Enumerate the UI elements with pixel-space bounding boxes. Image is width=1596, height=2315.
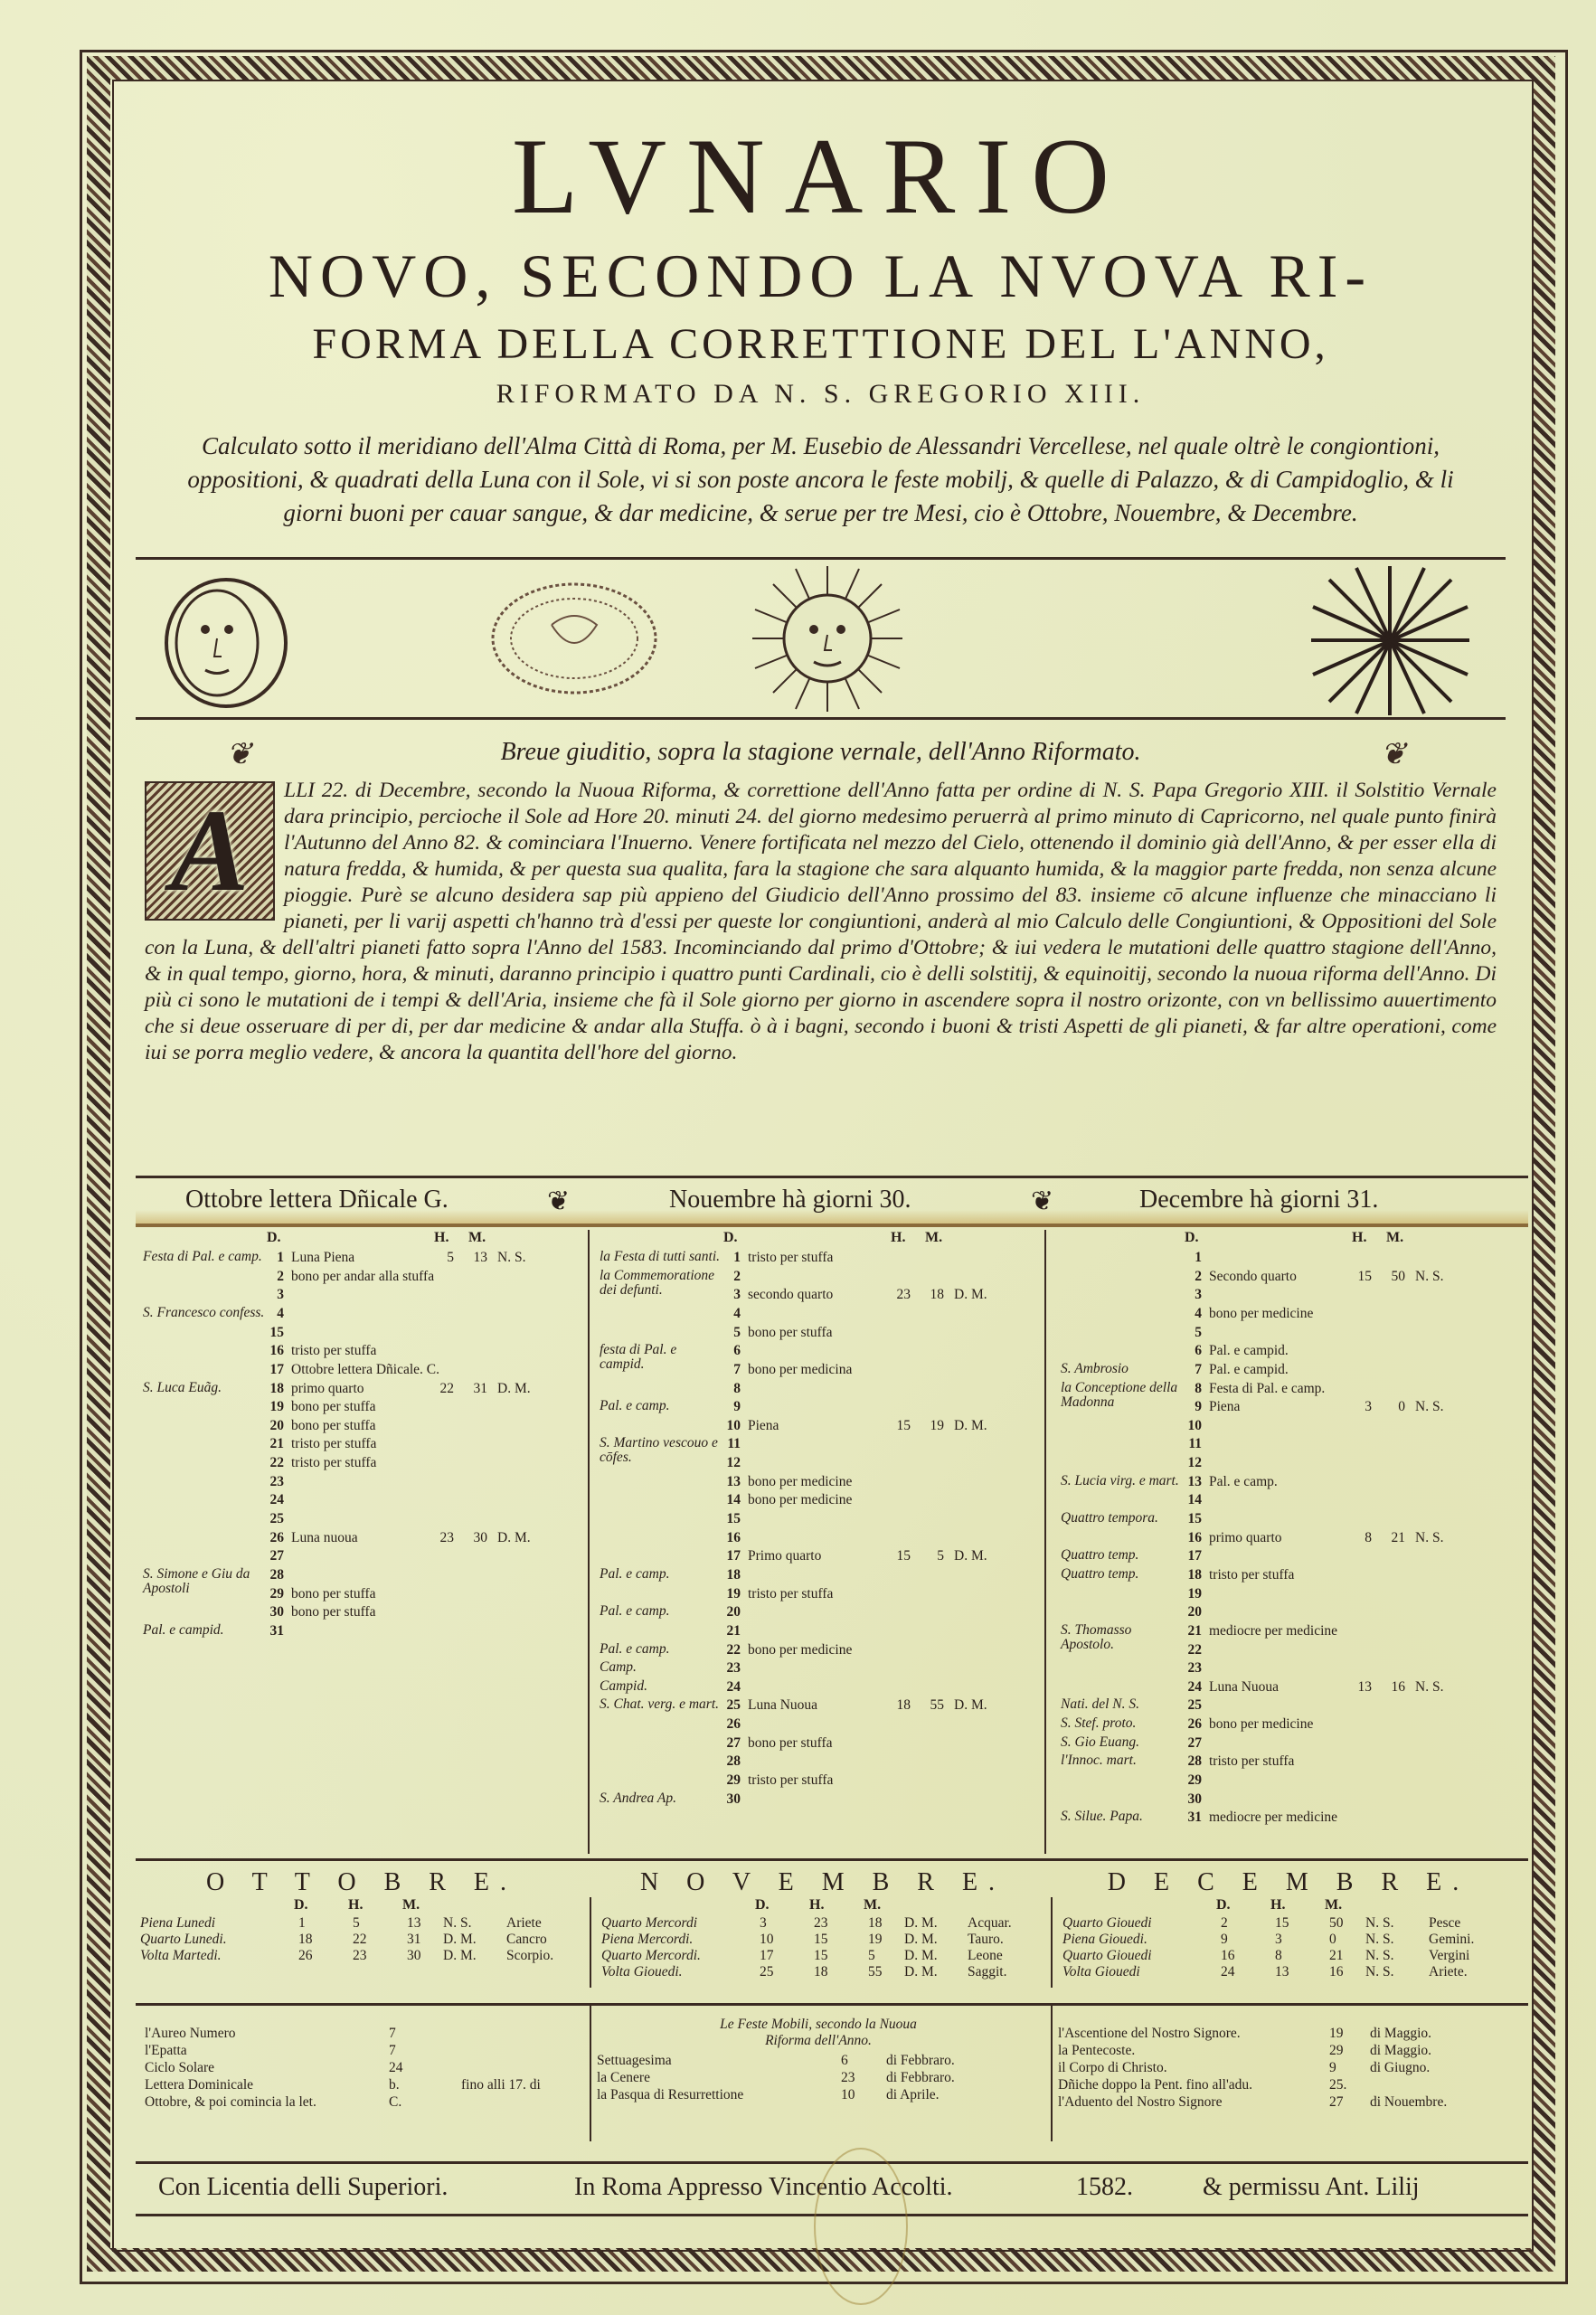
saint-day: S. Silue. Papa. [1061,1809,1183,1824]
saint-day: S. Thomasso Apostolo. [1061,1623,1183,1652]
hour-value: 13 [1275,1964,1289,1980]
feast-label: il Corpo di Christo. [1058,2060,1167,2076]
phase-label: Piena Mercordi. [601,1932,693,1948]
saint-day: S. Francesco confess. [143,1306,265,1320]
d-label: D. [755,1897,770,1913]
year-info-row: Ottobre, & poi comincia la let.C. [145,2094,579,2112]
day-number: 12 [1180,1455,1202,1471]
feasts-heading-1: Le Feste Mobili, secondo la Nuoua [597,2017,1040,2033]
saint-day: la Commemoratione dei defunti. [600,1269,722,1298]
info-value: 24 [389,2060,403,2076]
month-header-october: Ottobre lettera Dñicale G. [185,1186,449,1214]
day-number: 3 [1180,1287,1202,1303]
day-number: 29 [262,1586,284,1602]
day-number: 3 [719,1287,741,1303]
day-label: D. [267,1230,281,1246]
day-number: 20 [719,1604,741,1620]
day-number: 1 [719,1250,741,1266]
day-number: 27 [262,1548,284,1564]
day-note: tristo per stuffa [1209,1567,1294,1583]
day-number: 18 [719,1567,741,1583]
feast-row: la Pentecoste.29di Maggio. [1058,2043,1519,2060]
year-info-row: Lettera Dominicaleb.fino alli 17. di [145,2077,579,2094]
day-number: 31 [262,1623,284,1639]
feast-day: 29 [1329,2043,1344,2059]
minute-value: 18 [922,1287,944,1303]
day-number: 29 [1180,1772,1202,1789]
info-value: b. [389,2077,400,2093]
feast-label: Settuagesima [597,2053,672,2069]
day-number: 30 [262,1604,284,1620]
day-number: 27 [719,1735,741,1752]
day-number: 26 [1180,1716,1202,1733]
day-note: tristo per stuffa [291,1455,376,1471]
info-label: Ciclo Solare [145,2060,214,2076]
day-number: 21 [719,1623,741,1639]
day-number: 7 [1180,1362,1202,1378]
day-note: bono per medicine [1209,1306,1313,1322]
seal-stamp-icon [488,580,660,701]
day-value: 10 [760,1932,774,1948]
feast-day: 25. [1329,2077,1346,2093]
day-label: D. [1185,1230,1199,1246]
info-label: Lettera Dominicale [145,2077,253,2093]
license-text: Con Licentia delli Superiori. [158,2173,448,2202]
day-number: 1 [262,1250,284,1266]
intro-paragraph: Calculato sotto il meridiano dell'Alma C… [172,430,1469,530]
day-number: 18 [1180,1567,1202,1583]
minute-value: 13 [407,1915,421,1932]
summary-row: Quarto Lunedi.182231D. M.Cancro [136,1932,588,1948]
saint-day: Nati. del N. S. [1061,1697,1183,1712]
decorated-initial: A [145,781,275,921]
day-number: 10 [1180,1418,1202,1434]
saint-day: Pal. e camp. [600,1642,722,1657]
november-column: D.H.M.la Festa di tutti santi.1tristo pe… [592,1230,1046,1854]
judgement-heading: Breue giuditio, sopra la stagione vernal… [501,738,1141,766]
saint-day: la Conceptione della Madonna [1061,1381,1183,1410]
day-number: 2 [262,1269,284,1285]
zodiac-sign: Leone [968,1948,1003,1964]
minute-value: 18 [868,1915,883,1932]
feast-month: di Febbraro. [886,2053,955,2069]
day-note: bono per medicina [748,1362,852,1378]
day-number: 9 [1180,1399,1202,1415]
time-of-day: D. M. [904,1915,938,1932]
feast-label: l'Ascentione del Nostro Signore. [1058,2026,1241,2042]
minute-value: 30 [407,1948,421,1964]
day-number: 29 [719,1772,741,1789]
hour-value: 18 [814,1964,828,1980]
day-note: mediocre per medicine [1209,1623,1337,1639]
summary-row: Piena Mercordi.101519D. M.Tauro. [597,1932,1049,1948]
phase-label: Quarto Lunedi. [140,1932,227,1948]
day-value: 9 [1221,1932,1228,1948]
feast-day: 6 [841,2053,848,2069]
day-number: 4 [1180,1306,1202,1322]
minute-value: 31 [466,1381,487,1397]
time-of-day: D. M. [904,1964,938,1980]
hour-value: 15 [889,1418,911,1434]
saint-day: S. Gio Euang. [1061,1735,1183,1750]
day-number: 30 [719,1791,741,1808]
hour-label: H. [1352,1230,1366,1246]
day-number: 11 [1180,1436,1202,1452]
day-number: 19 [1180,1586,1202,1602]
rule [136,717,1506,720]
saint-day: S. Chat. verg. e mart. [600,1697,722,1712]
day-number: 6 [719,1343,741,1359]
minute-value: 13 [466,1250,487,1266]
judgement-paragraph: A LLI 22. di Decembre, secondo la Nuoua … [145,778,1497,1066]
minute-value: 30 [466,1530,487,1546]
day-number: 30 [1180,1791,1202,1808]
hour-label: H. [434,1230,449,1246]
zodiac-sign: Ariete [506,1915,542,1932]
lunation-summaries: O T T O B R E.D.H.M.Piena Lunedi1513N. S… [136,1858,1528,1997]
day-note: Luna nuoua [291,1530,358,1546]
minute-value: 50 [1329,1915,1344,1932]
hour-value: 8 [1350,1530,1372,1546]
hour-value: 22 [353,1932,367,1948]
day-number: 19 [262,1399,284,1415]
day-note: tristo per stuffa [748,1250,833,1266]
time-of-day: N. S. [443,1915,471,1932]
zodiac-sign: Tauro. [968,1932,1004,1948]
day-number: 17 [1180,1548,1202,1564]
time-of-day: N. S. [1365,1948,1393,1964]
permission-text: & permissu Ant. Lilij [1203,2173,1420,2202]
saint-day: Quattro temp. [1061,1567,1183,1582]
minute-value: 55 [922,1697,944,1714]
day-value: 25 [760,1964,774,1980]
summary-row: Quarto Mercordi32318D. M.Acquar. [597,1915,1049,1932]
day-number: 8 [1180,1381,1202,1397]
minute-value: 21 [1384,1530,1405,1546]
feast-label: la Pasqua di Resurrettione [597,2087,743,2103]
time-of-day: N. S. [1415,1269,1443,1285]
saint-day: Quattro tempora. [1061,1511,1183,1526]
time-of-day: N. S. [1365,1932,1393,1948]
day-number: 24 [1180,1679,1202,1696]
day-number: 23 [719,1660,741,1677]
day-note: Pal. e campid. [1209,1362,1289,1378]
day-value: 24 [1221,1964,1235,1980]
day-note: mediocre per medicine [1209,1809,1337,1826]
day-note: bono per stuffa [748,1325,833,1341]
day-value: 16 [1221,1948,1235,1964]
hour-value: 18 [889,1697,911,1714]
m-label: M. [402,1897,420,1913]
day-number: 6 [1180,1343,1202,1359]
day-number: 24 [719,1679,741,1696]
saint-day: Pal. e campid. [143,1623,265,1638]
hour-value: 8 [1275,1948,1282,1964]
time-of-day: D. M. [497,1530,531,1546]
saint-day: Festa di Pal. e camp. [143,1250,265,1264]
time-of-day: D. M. [904,1932,938,1948]
day-number: 23 [1180,1660,1202,1677]
day-note: secondo quarto [748,1287,833,1303]
day-number: 13 [719,1474,741,1490]
phase-label: Volta Giouedi [1062,1964,1140,1980]
day-value: 3 [760,1915,767,1932]
day-number: 4 [262,1306,284,1322]
saint-day: festa di Pal. e campid. [600,1343,722,1372]
hour-value: 23 [889,1287,911,1303]
day-value: 18 [298,1932,313,1948]
zodiac-sign: Vergini [1429,1948,1469,1964]
divider [590,2006,591,2141]
hour-value: 15 [1350,1269,1372,1285]
main-title: LVNARIO [118,122,1524,231]
sun-face-icon [751,564,904,717]
time-of-day: D. M. [954,1287,987,1303]
hour-value: 22 [432,1381,454,1397]
time-of-day: N. S. [1415,1530,1443,1546]
month-header-november: Nouembre hà giorni 30. [669,1186,911,1214]
day-note: Luna Nuoua [1209,1679,1279,1696]
star-icon [1311,566,1469,719]
hour-value: 15 [1275,1915,1289,1932]
saint-day: S. Andrea Ap. [600,1791,722,1806]
day-note: bono per stuffa [748,1735,833,1752]
time-of-day: D. M. [904,1948,938,1964]
day-number: 20 [262,1418,284,1434]
time-of-day: D. M. [954,1697,987,1714]
summary-col-labels: D.H.M. [136,1897,588,1915]
fleuron-icon: ❦ [547,1186,570,1217]
hour-value: 5 [353,1915,360,1932]
calendar-grid: D.H.M.Festa di Pal. e camp.1Luna Piena51… [136,1230,1528,1854]
feast-row: Dñiche doppo la Pent. fino all'adu.25. [1058,2077,1519,2094]
saint-day: S. Martino vescouo e cōfes. [600,1436,722,1465]
year-info-row: Ciclo Solare24 [145,2060,579,2077]
day-note: Ottobre lettera Dñicale. C. [291,1362,439,1378]
hour-value: 5 [432,1250,454,1266]
day-number: 25 [719,1697,741,1714]
time-of-day: D. M. [954,1418,987,1434]
feast-day: 23 [841,2070,855,2086]
day-number: 7 [719,1362,741,1378]
day-number: 26 [262,1530,284,1546]
minute-value: 5 [922,1548,944,1564]
zodiac-sign: Saggit. [968,1964,1007,1980]
feast-label: la Pentecoste. [1058,2043,1135,2059]
feast-row: la Cenere23di Febbraro. [597,2070,1040,2087]
year-info-row: l'Aureo Numero7 [145,2026,579,2043]
day-note: bono per andar alla stuffa [291,1269,434,1285]
saint-day: Quattro temp. [1061,1548,1183,1563]
day-number: 21 [262,1436,284,1452]
summary-row: Quarto Giouedi16821N. S.Vergini [1058,1948,1519,1964]
feasts-heading-2: Riforma dell'Anno. [597,2033,1040,2049]
feast-label: l'Aduento del Nostro Signore [1058,2094,1222,2111]
day-number: 12 [719,1455,741,1471]
fleuron-icon: ❦ [1381,736,1407,772]
year-text: 1582. [1076,2173,1133,2202]
minute-value: 50 [1384,1269,1405,1285]
feast-label: la Cenere [597,2070,650,2086]
day-note: Pal. e campid. [1209,1343,1289,1359]
feast-row: il Corpo di Christo.9di Giugno. [1058,2060,1519,2077]
zodiac-sign: Ariete. [1429,1964,1468,1980]
day-number: 14 [719,1492,741,1508]
day-number: 2 [1180,1269,1202,1285]
d-label: D. [294,1897,308,1913]
summary-november: N O V E M B R E.D.H.M.Quarto Mercordi323… [597,1868,1049,1980]
time-of-day: D. M. [443,1948,477,1964]
day-label: D. [723,1230,738,1246]
saint-day: Camp. [600,1660,722,1675]
moon-face-icon [158,575,294,714]
day-value: 26 [298,1948,313,1964]
info-value: 7 [389,2026,396,2042]
time-of-day: D. M. [443,1932,477,1948]
summary-row: Piena Lunedi1513N. S.Ariete [136,1915,588,1932]
minute-value: 31 [407,1932,421,1948]
info-value: C. [389,2094,401,2111]
day-number: 1 [1180,1250,1202,1266]
day-number: 13 [1180,1474,1202,1490]
feast-month: di Nouembre. [1370,2094,1447,2111]
day-note: Luna Nuoua [748,1697,817,1714]
h-label: H. [348,1897,363,1913]
day-value: 17 [760,1948,774,1964]
divider [590,1897,591,1988]
day-number: 5 [719,1325,741,1341]
feast-month: di Maggio. [1370,2026,1431,2042]
phase-label: Volta Martedi. [140,1948,222,1964]
saint-day: S. Luca Euãg. [143,1381,265,1395]
feast-row: la Pasqua di Resurrettione10di Aprile. [597,2087,1040,2104]
calendar-header: Ottobre lettera Dñicale G. ❦ Nouembre hà… [136,1176,1528,1227]
summary-october: O T T O B R E.D.H.M.Piena Lunedi1513N. S… [136,1868,588,1964]
time-of-day: N. S. [1415,1399,1443,1415]
saint-day: S. Simone e Giu da Apostoli [143,1567,265,1596]
divider [1051,1897,1053,1988]
zodiac-sign: Cancro [506,1932,547,1948]
phase-label: Piena Lunedi [140,1915,215,1932]
hour-value: 23 [432,1530,454,1546]
other-feasts: l'Ascentione del Nostro Signore.19di Mag… [1058,2026,1519,2112]
summary-row: Volta Giouedi241316N. S.Ariete. [1058,1964,1519,1980]
minute-value: 0 [1384,1399,1405,1415]
day-number: 17 [262,1362,284,1378]
summary-title: N O V E M B R E. [597,1868,1049,1897]
minute-value: 16 [1384,1679,1405,1696]
d-label: D. [1216,1897,1231,1913]
summary-col-labels: D.H.M. [1058,1897,1519,1915]
saint-day: Campid. [600,1679,722,1694]
day-number: 25 [262,1511,284,1527]
year-info-section: l'Aureo Numero7l'Epatta7Ciclo Solare24Le… [136,2003,1528,2141]
minute-value: 0 [1329,1932,1336,1948]
summary-row: Piena Giouedi.930N. S.Gemini. [1058,1932,1519,1948]
day-note: bono per stuffa [291,1586,376,1602]
day-note: bono per stuffa [291,1399,376,1415]
saint-day: S. Ambrosio [1061,1362,1183,1376]
day-note: bono per stuffa [291,1604,376,1620]
time-of-day: N. S. [1365,1915,1393,1932]
minute-value: 16 [1329,1964,1344,1980]
emblem-band [118,557,1524,720]
time-of-day: N. S. [1365,1964,1393,1980]
summary-december: D E C E M B R E.D.H.M.Quarto Giouedi2155… [1058,1868,1519,1980]
day-number: 10 [719,1418,741,1434]
day-note: bono per medicine [1209,1716,1313,1733]
fleuron-icon: ❦ [226,736,252,772]
day-note: Piena [1209,1399,1240,1415]
day-number: 28 [719,1753,741,1770]
day-number: 22 [719,1642,741,1658]
time-of-day: N. S. [1415,1679,1443,1696]
phase-label: Quarto Mercordi. [601,1948,701,1964]
day-number: 14 [1180,1492,1202,1508]
day-number: 15 [1180,1511,1202,1527]
day-note: tristo per stuffa [1209,1753,1294,1770]
minute-label: M. [1386,1230,1403,1246]
day-note: Secondo quarto [1209,1269,1297,1285]
day-note: tristo per stuffa [748,1772,833,1789]
summary-row: Quarto Mercordi.17155D. M.Leone [597,1948,1049,1964]
saint-day: Pal. e camp. [600,1399,722,1413]
m-label: M. [864,1897,881,1913]
feast-month: di Maggio. [1370,2043,1431,2059]
hour-value: 3 [1275,1932,1282,1948]
title-block: LVNARIO NOVO, SECONDO LA NVOVA RI- FORMA… [118,86,1524,1066]
info-value: 7 [389,2043,396,2059]
hour-value: 23 [353,1948,367,1964]
summary-col-labels: D.H.M. [597,1897,1049,1915]
day-number: 22 [262,1455,284,1471]
day-note: primo quarto [291,1381,364,1397]
feast-day: 10 [841,2087,855,2103]
day-number: 22 [1180,1642,1202,1658]
day-number: 4 [719,1306,741,1322]
h-label: H. [1270,1897,1285,1913]
zodiac-sign: Pesce [1429,1915,1460,1932]
summary-title: D E C E M B R E. [1058,1868,1519,1897]
day-note: tristo per stuffa [748,1586,833,1602]
hour-value: 15 [814,1948,828,1964]
day-note: Pal. e camp. [1209,1474,1278,1490]
day-number: 28 [1180,1753,1202,1770]
day-number: 5 [1180,1325,1202,1341]
october-column: D.H.M.Festa di Pal. e camp.1Luna Piena51… [136,1230,590,1854]
movable-feasts: Le Feste Mobili, secondo la Nuoua Riform… [597,2017,1040,2104]
divider [1051,2006,1053,2141]
info-extra: fino alli 17. di [461,2077,541,2093]
day-number: 2 [719,1269,741,1285]
day-number: 23 [262,1474,284,1490]
time-of-day: D. M. [954,1548,987,1564]
minute-value: 21 [1329,1948,1344,1964]
time-of-day: D. M. [497,1381,531,1397]
hour-label: H. [891,1230,905,1246]
fleuron-icon: ❦ [1031,1186,1053,1217]
minute-value: 5 [868,1948,875,1964]
year-computus: l'Aureo Numero7l'Epatta7Ciclo Solare24Le… [145,2026,579,2112]
day-number: 31 [1180,1809,1202,1826]
day-note: primo quarto [1209,1530,1282,1546]
feast-row: Settuagesima6di Febbraro. [597,2053,1040,2070]
day-number: 15 [262,1325,284,1341]
judgement-heading-row: ❦ Breue giuditio, sopra la stagione vern… [118,738,1524,767]
day-value: 1 [298,1915,306,1932]
day-value: 2 [1221,1915,1228,1932]
saint-day: Pal. e camp. [600,1567,722,1582]
